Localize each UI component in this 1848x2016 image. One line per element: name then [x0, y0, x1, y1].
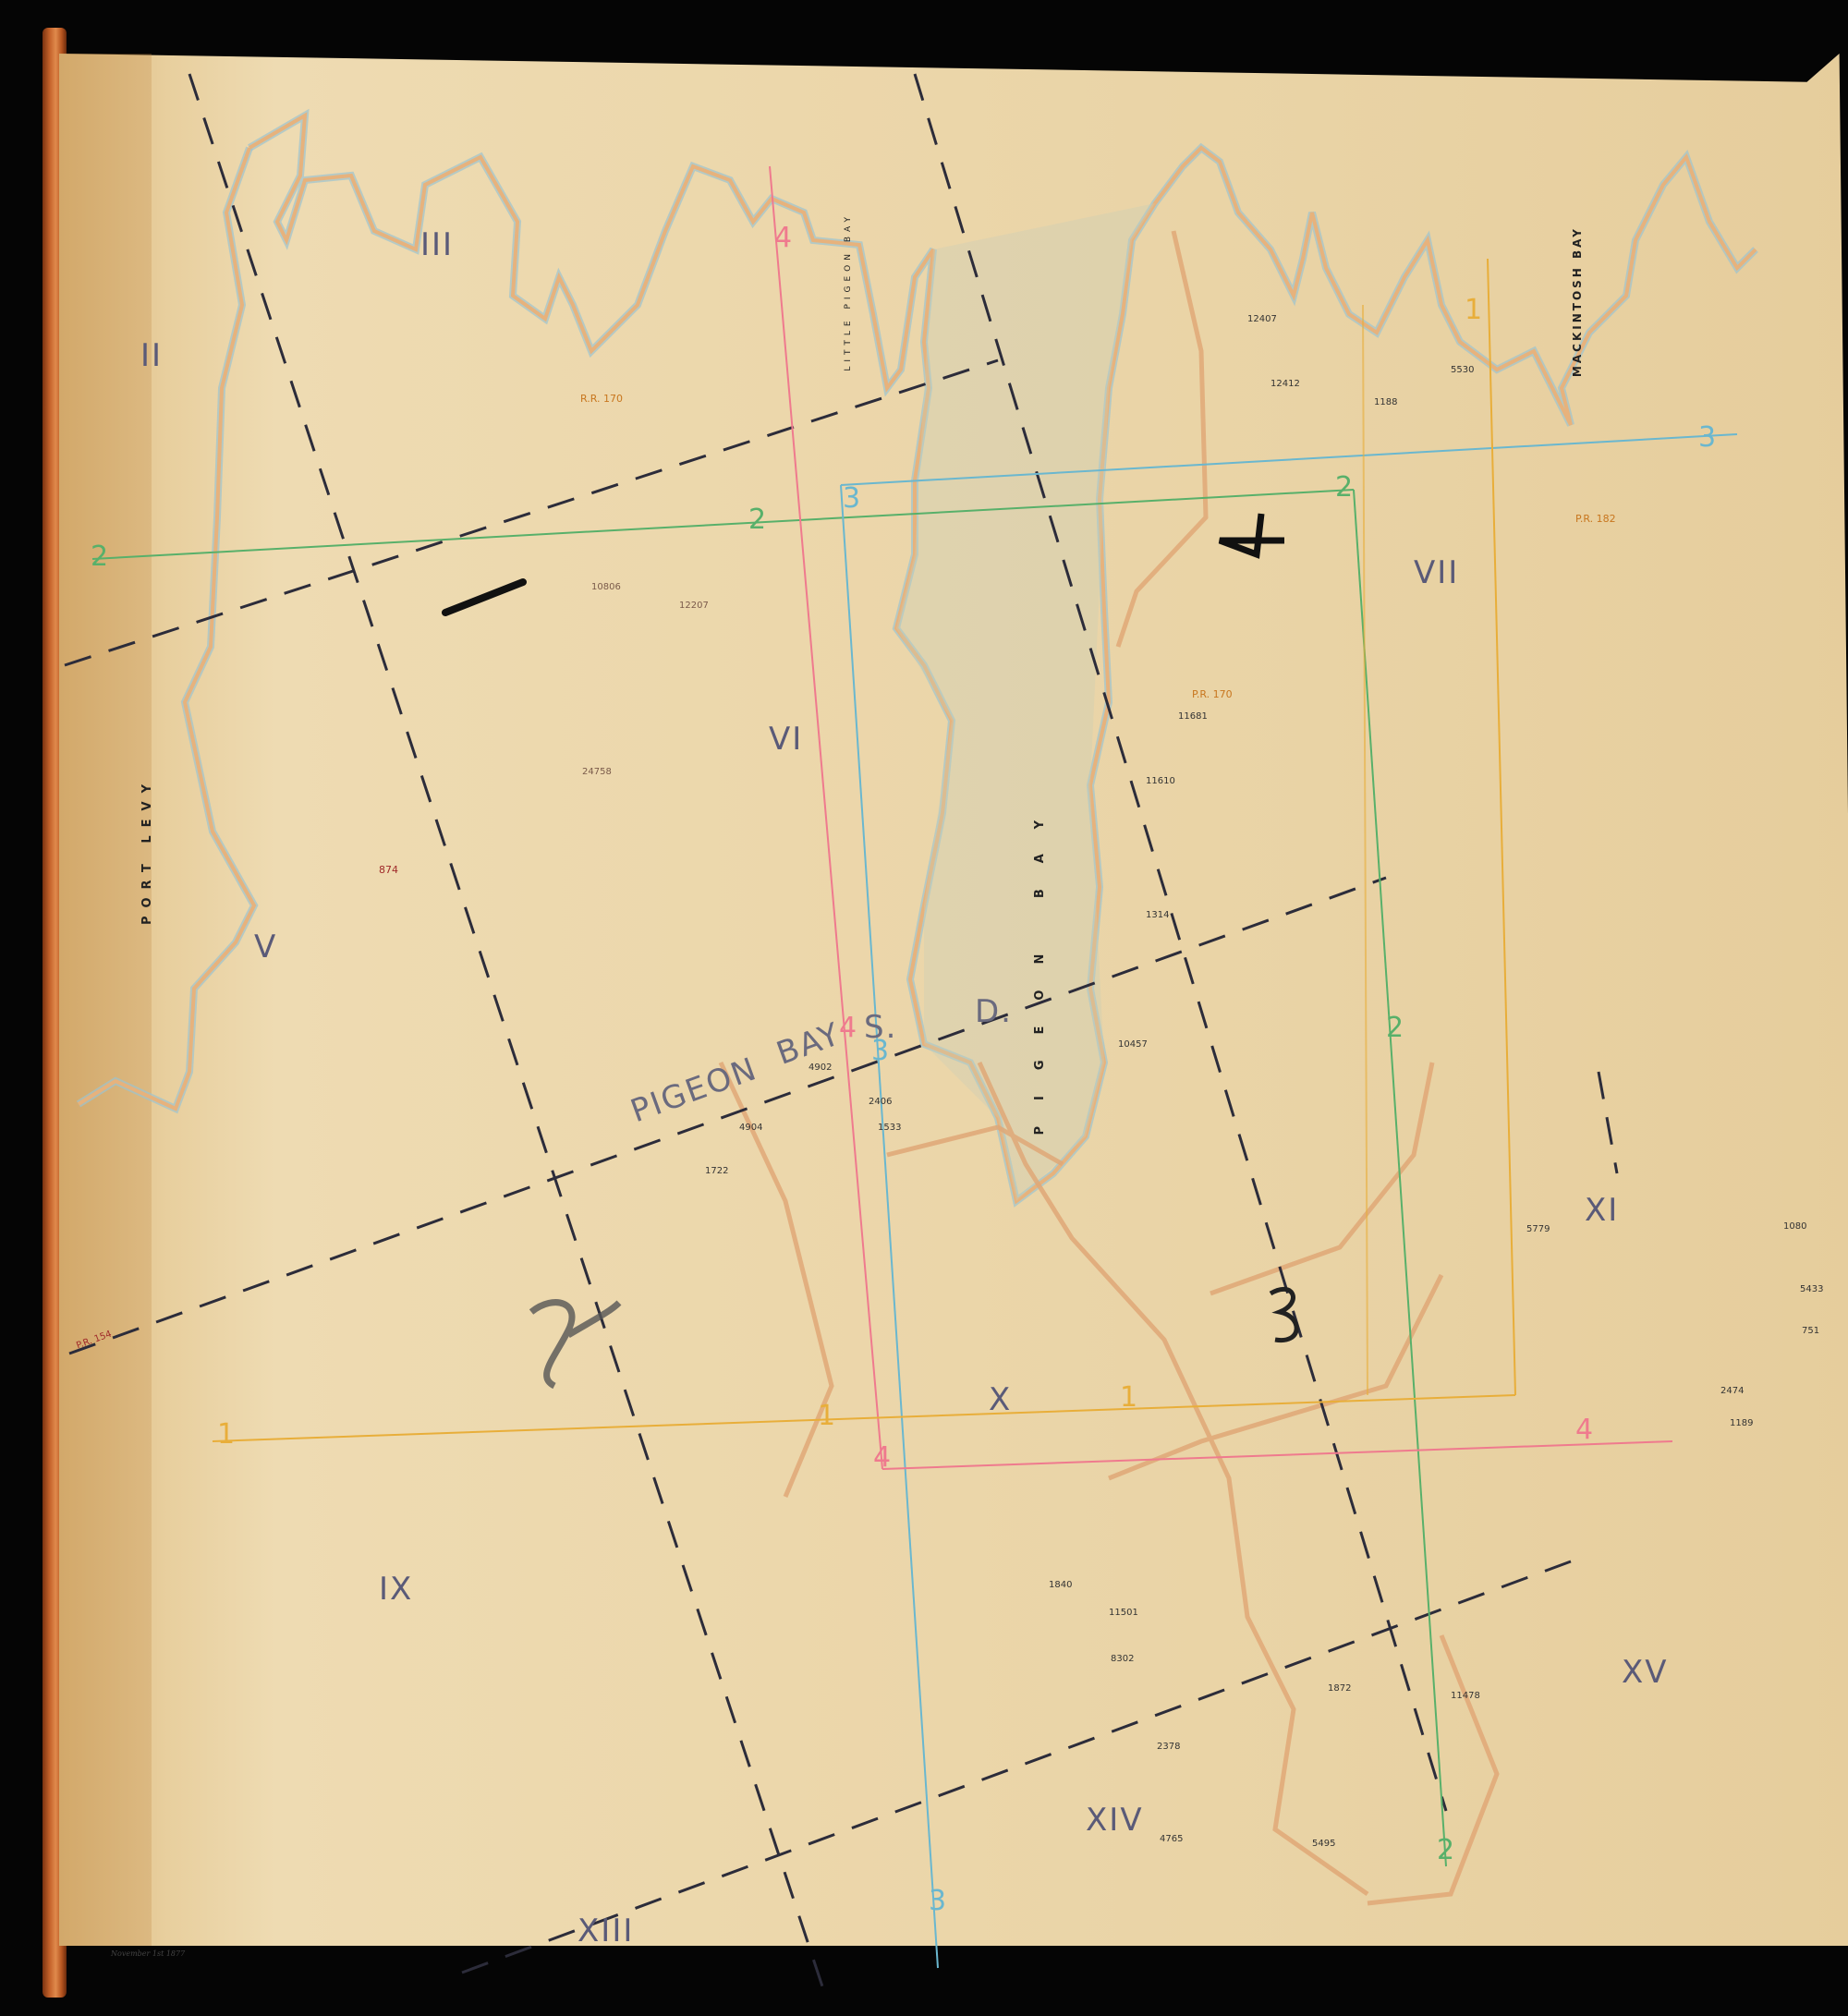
grid-number-green-east: 2 — [1335, 471, 1355, 504]
block-label-x: X — [989, 1381, 1012, 1418]
grid-number-yellow-mid: 1 — [818, 1400, 837, 1432]
parcel-number: 751 — [1802, 1326, 1819, 1336]
parcel-number: 8302 — [1111, 1654, 1134, 1664]
parcel-number: 1533 — [878, 1123, 901, 1133]
parcel-number: 1872 — [1328, 1683, 1351, 1694]
reserve-label-874: 874 — [379, 864, 398, 876]
grid-number-blue-north: 3 — [843, 482, 862, 515]
grid-number-yellow-east: 1 — [1120, 1381, 1139, 1414]
grid-number-blue-south: 3 — [929, 1885, 948, 1917]
pencil-mark-4 — [1220, 514, 1284, 554]
grid-line-green-h — [92, 490, 1354, 559]
block-label-xiv: XIV — [1086, 1802, 1144, 1839]
parcel-number: 5433 — [1800, 1284, 1823, 1294]
parcel-number: 5495 — [1312, 1839, 1335, 1849]
coastline-west — [79, 148, 254, 1109]
pencil-mark-3 — [1270, 1289, 1296, 1340]
block-label-vii: VII — [1414, 554, 1459, 591]
label-little-pigeon-bay: LITTLE PIGEON BAY — [844, 213, 853, 371]
block-label-vi: VI — [769, 721, 803, 758]
parcel-number: 24758 — [582, 767, 612, 777]
grid-number-green-south: 2 — [1437, 1834, 1456, 1866]
parcel-number: 11681 — [1178, 711, 1208, 722]
parcel-number: 11478 — [1451, 1691, 1480, 1701]
parcel-number: 1840 — [1049, 1580, 1072, 1590]
grid-number-red-east: 4 — [1575, 1414, 1595, 1446]
district-title-d: D. — [975, 993, 1013, 1030]
parcel-number: 12207 — [679, 601, 709, 611]
grid-number-yellow-north: 1 — [1465, 294, 1484, 326]
block-label-iii: III — [420, 226, 454, 263]
parcel-number: 5779 — [1526, 1224, 1550, 1234]
parcel-number: 1314 — [1146, 910, 1169, 920]
parcel-number: 4765 — [1160, 1834, 1183, 1844]
block-label-xiii: XIII — [577, 1913, 634, 1949]
label-pigeon-bay-water: PIGEON BAY — [1033, 795, 1047, 1136]
parcel-number: 10806 — [591, 582, 621, 592]
block-label-ii: II — [140, 337, 163, 374]
parcel-number: 12412 — [1270, 379, 1300, 389]
parcel-number: 5530 — [1451, 365, 1474, 375]
grid-number-blue-mid: 3 — [871, 1035, 891, 1067]
grid-number-red-south: 4 — [873, 1441, 893, 1474]
block-label-xi: XI — [1585, 1192, 1619, 1229]
reserve-label-pr170: P.R. 170 — [1192, 688, 1233, 700]
roads — [721, 231, 1497, 1903]
parcel-number: 2474 — [1720, 1386, 1744, 1396]
parcel-number: 11610 — [1146, 776, 1175, 786]
parcel-number: 11501 — [1109, 1608, 1138, 1618]
grid-line-yellow-v — [1488, 259, 1515, 1395]
block-label-ix: IX — [379, 1571, 413, 1608]
parcel-number: 12407 — [1247, 314, 1277, 324]
grid-number-red-mid: 4 — [839, 1012, 858, 1044]
grid-line-red-h — [882, 1441, 1672, 1469]
grid-number-green-west: 2 — [91, 540, 110, 573]
reserve-label-pr182: P.R. 182 — [1575, 513, 1616, 525]
grid-number-green-mid: 2 — [748, 504, 768, 536]
grid-line-red-v — [770, 166, 882, 1469]
label-mackintosh-bay: MACKINTOSH BAY — [1571, 226, 1584, 377]
grid-number-yellow-west: 1 — [217, 1418, 237, 1451]
grid-number-red-north: 4 — [774, 222, 794, 254]
block-label-v: V — [254, 929, 277, 965]
parcel-number: 1080 — [1783, 1221, 1806, 1232]
grid-line-yellow-h — [213, 1395, 1515, 1441]
pencil-mark-2 — [531, 1303, 619, 1386]
parcel-number: 1188 — [1374, 397, 1397, 407]
parcel-number: 4902 — [808, 1063, 832, 1073]
label-port: PORT LEVY — [140, 776, 154, 925]
pencil-mark-1 — [445, 582, 523, 613]
parcel-number: 10457 — [1118, 1039, 1148, 1050]
parcel-number: 2406 — [869, 1097, 892, 1107]
grid-line-blue-v — [841, 485, 938, 1968]
parcel-number: 4904 — [739, 1123, 762, 1133]
parcel-number: 2378 — [1157, 1742, 1180, 1752]
block-label-xv: XV — [1622, 1654, 1669, 1691]
parcel-number: 1189 — [1730, 1418, 1753, 1428]
grid-number-blue-east: 3 — [1698, 421, 1718, 454]
reserve-label-rr170: R.R. 170 — [580, 393, 623, 405]
footer-date-note: November 1st 1877 — [111, 1949, 185, 1958]
grid-line-yellow-mid — [1363, 305, 1368, 1395]
parcel-number: 1722 — [705, 1166, 728, 1176]
grid-number-green-right: 2 — [1386, 1012, 1405, 1044]
